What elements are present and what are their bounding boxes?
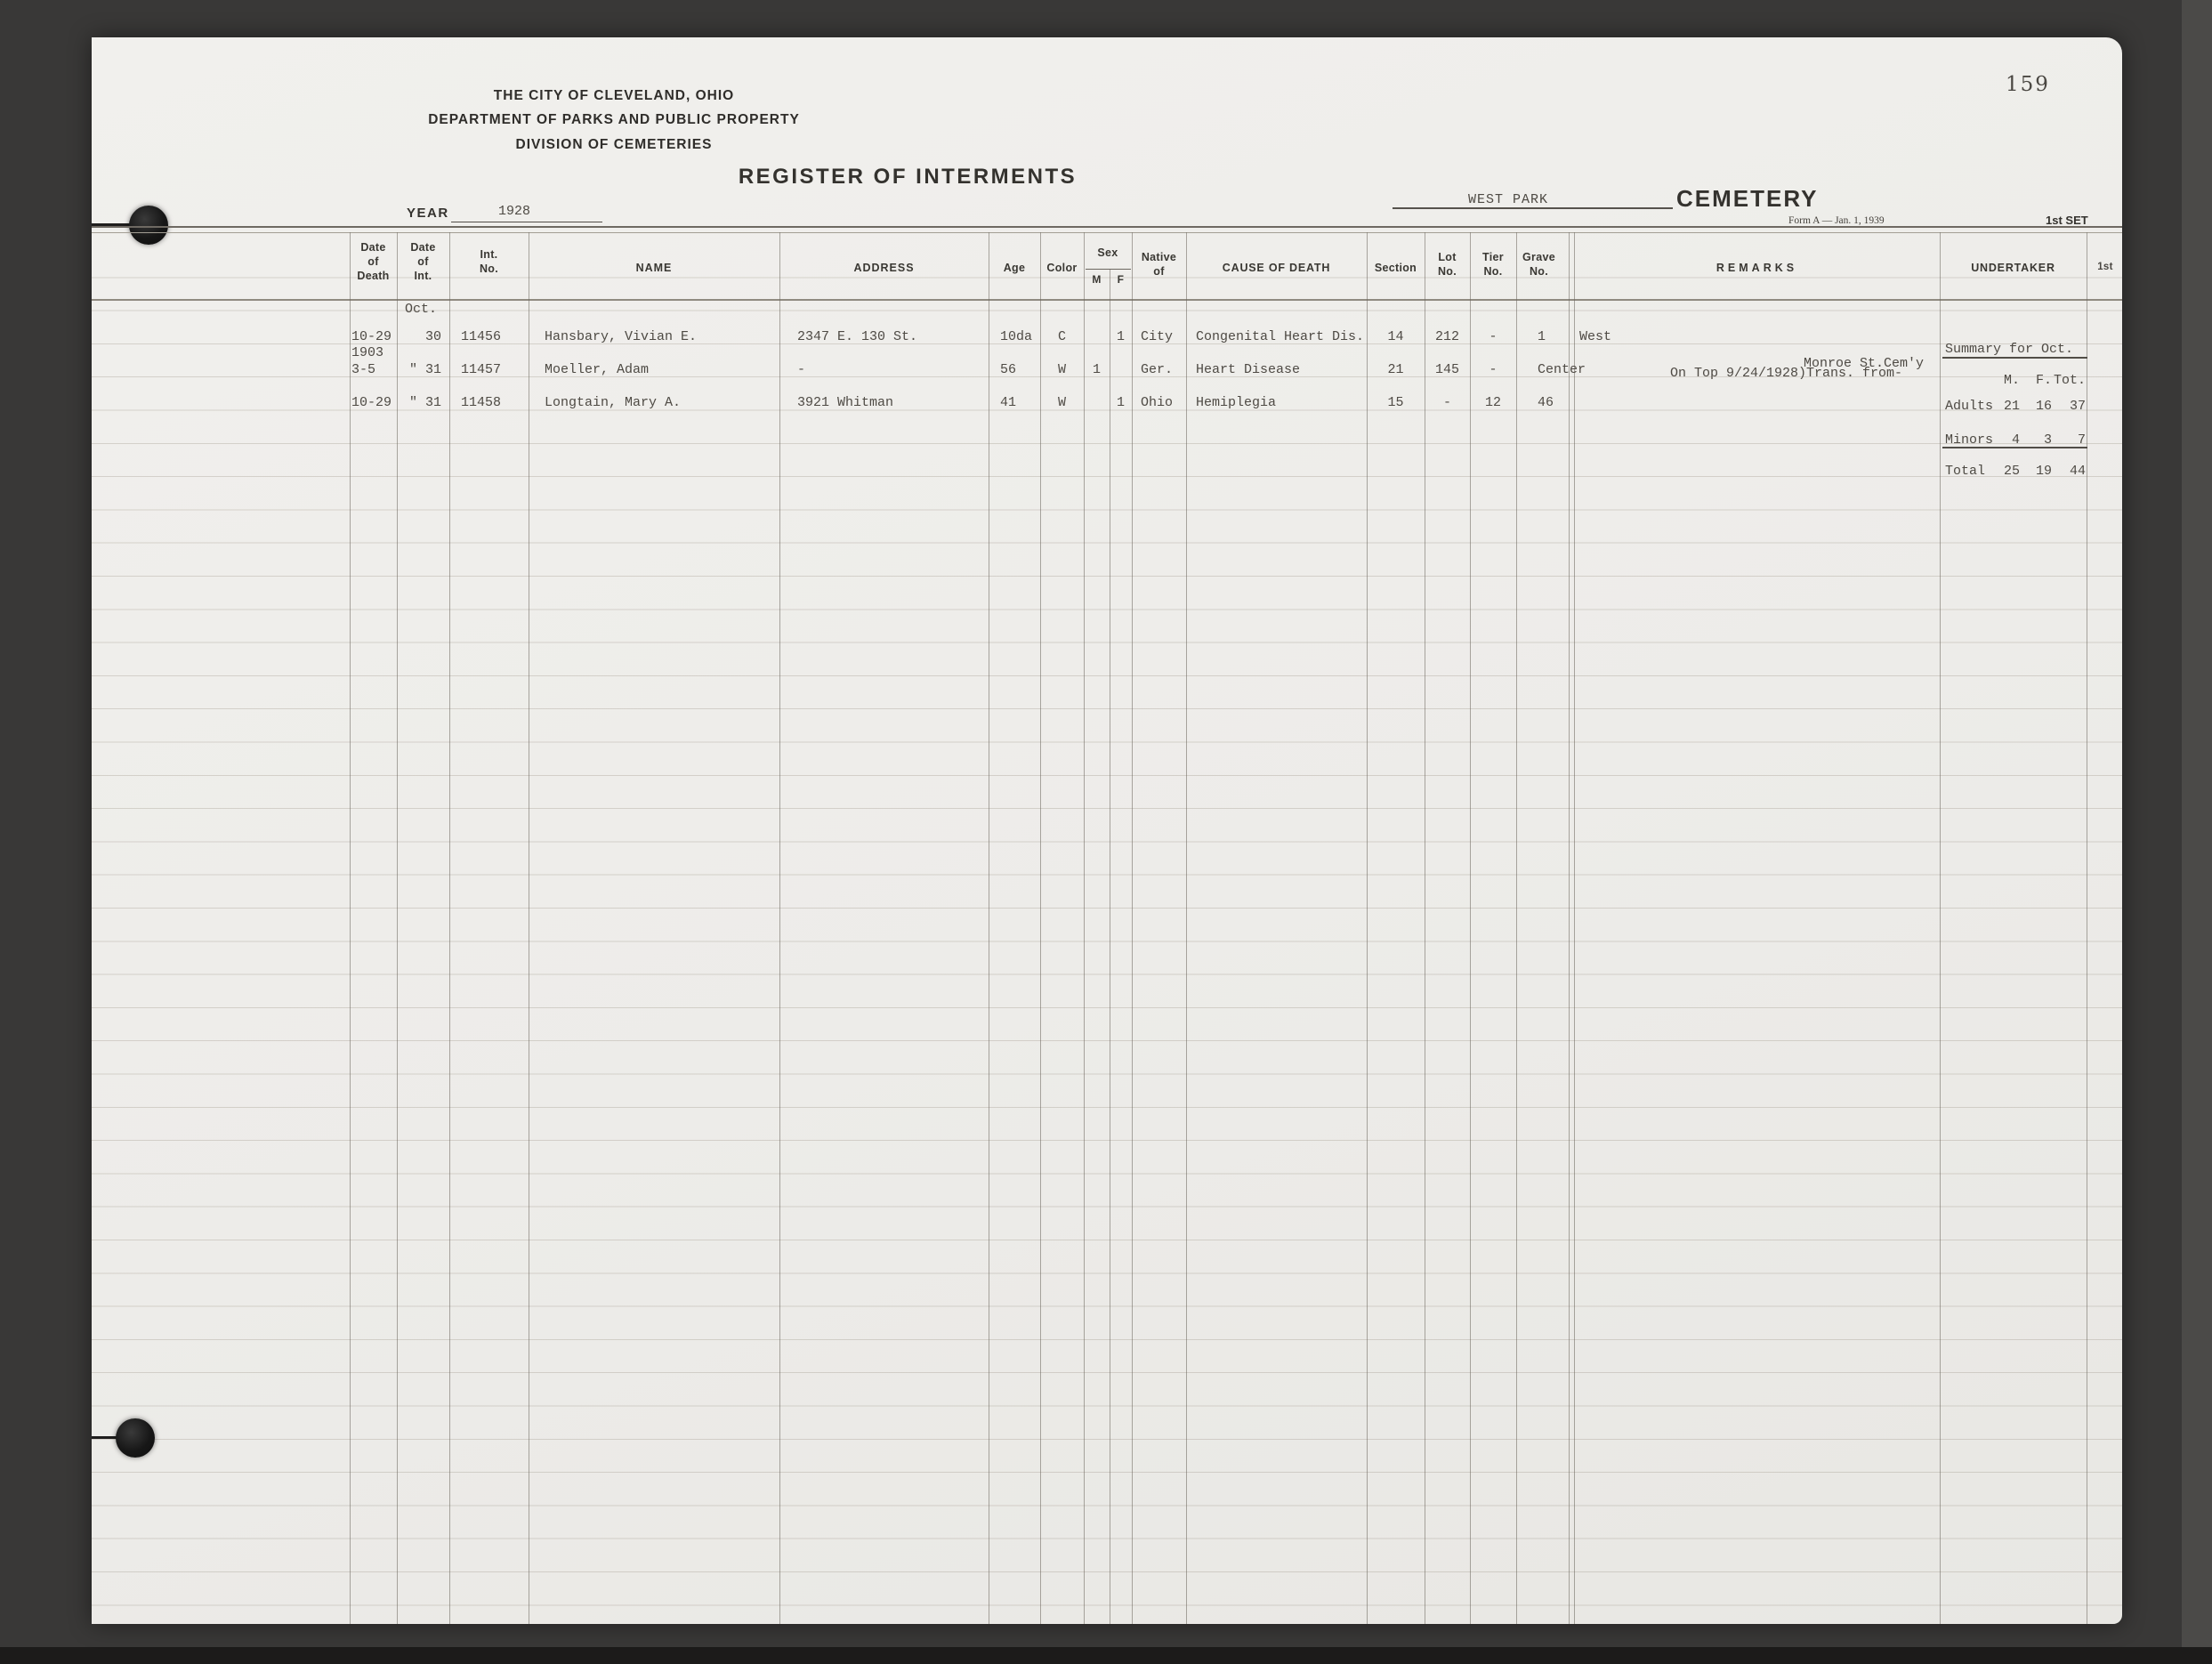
- col-address: ADDRESS: [779, 261, 989, 275]
- cell-age: 56: [1000, 362, 1016, 377]
- cell-sex-m: 1: [1084, 362, 1110, 377]
- col-date-of-death: Date of Death: [350, 240, 397, 283]
- scan-background-bottom: [0, 1647, 2212, 1664]
- summary-total-m: 25: [1991, 464, 2020, 479]
- cell-lot: 212: [1425, 329, 1470, 344]
- cell-cause: Hemiplegia: [1196, 395, 1276, 410]
- summary-total-label: Total: [1945, 464, 1985, 479]
- cell-lot: 145: [1425, 362, 1470, 377]
- col-lot-no: Lot No.: [1425, 250, 1470, 279]
- org-line-3: DIVISION OF CEMETERIES: [351, 137, 876, 153]
- cell-int-date: 30: [397, 329, 441, 344]
- cell-death-year: 1903: [351, 345, 383, 360]
- cell-native-of: Ger.: [1141, 362, 1173, 377]
- summary-adults-tot: 37: [2047, 399, 2086, 414]
- col-sex: Sex: [1084, 246, 1132, 260]
- col-cause-of-death: CAUSE OF DEATH: [1186, 261, 1367, 275]
- summary-title: Summary for Oct.: [1945, 342, 2073, 357]
- col-undertaker: UNDERTAKER: [1940, 261, 2087, 275]
- grid-vline-mf: [1110, 270, 1110, 1624]
- year-value: 1928: [498, 204, 530, 219]
- month-label: Oct.: [405, 302, 437, 317]
- cell-tier: -: [1470, 362, 1516, 377]
- col-date-of-int: Date of Int.: [397, 240, 449, 283]
- cell-native-of: City: [1141, 329, 1173, 344]
- cell-death-date: 10-29: [351, 395, 392, 410]
- col-int-no: Int. No.: [449, 247, 529, 276]
- cell-age: 41: [1000, 395, 1016, 410]
- cell-int-no: 11457: [461, 362, 501, 377]
- cell-remarks-line2: On Top 9/24/1928)Trans. from-: [1670, 366, 1902, 381]
- grid-vline: [1186, 232, 1187, 1624]
- cell-int-date: " 31: [397, 395, 441, 410]
- cell-color: W: [1040, 395, 1084, 410]
- cell-tier: 12: [1470, 395, 1516, 410]
- col-name: NAME: [529, 261, 779, 275]
- page-title: REGISTER OF INTERMENTS: [685, 165, 1130, 190]
- grid-vline: [449, 232, 450, 1624]
- summary-head-m: M.: [1991, 373, 2020, 388]
- grid-vline: [779, 232, 780, 1624]
- sex-subheader-rule: [1086, 269, 1131, 270]
- book-binding-edge: [2182, 0, 2212, 1664]
- cell-address: -: [797, 362, 805, 377]
- grid-vline: [1470, 232, 1471, 1624]
- col-color: Color: [1040, 261, 1084, 275]
- grid-vline-double: [1569, 232, 1570, 1624]
- year-underline: [451, 222, 602, 222]
- cell-cause: Congenital Heart Dis.: [1196, 329, 1364, 344]
- cell-color: W: [1040, 362, 1084, 377]
- grid-vline: [1940, 232, 1941, 1624]
- grid-vline: [529, 232, 529, 1624]
- top-rule-heavy: [92, 226, 2122, 228]
- cell-section: 21: [1367, 362, 1425, 377]
- grid-vline: [1040, 232, 1041, 1624]
- form-note: Form A — Jan. 1, 1939: [1788, 215, 1885, 226]
- cell-sex-f: 1: [1110, 329, 1132, 344]
- grid-vline: [397, 232, 398, 1624]
- grid-vline: [2087, 232, 2087, 1624]
- summary-minors-tot: 7: [2047, 432, 2086, 448]
- cell-sex-f: 1: [1110, 395, 1132, 410]
- page-number: 159: [2006, 73, 2050, 96]
- cemetery-label: CEMETERY: [1676, 185, 1819, 213]
- cell-grave-position: West: [1579, 329, 1611, 344]
- cell-lot: -: [1425, 395, 1470, 410]
- col-age: Age: [989, 261, 1040, 275]
- cell-color: C: [1040, 329, 1084, 344]
- cell-native-of: Ohio: [1141, 395, 1173, 410]
- cell-death-date: 10-29: [351, 329, 392, 344]
- org-line-2: DEPARTMENT OF PARKS AND PUBLIC PROPERTY: [351, 112, 876, 128]
- year-label: YEAR: [407, 206, 449, 221]
- cell-name: Moeller, Adam: [545, 362, 649, 377]
- cell-int-no: 11458: [461, 395, 501, 410]
- grid-vline: [989, 232, 989, 1624]
- cell-grave: 46: [1538, 395, 1554, 410]
- grid-vline-double: [1574, 232, 1575, 1624]
- col-grave-no: Grave No.: [1516, 250, 1562, 279]
- summary-head-tot: Tot.: [2047, 373, 2086, 388]
- col-set: 1st: [2087, 261, 2124, 274]
- cell-address: 3921 Whitman: [797, 395, 893, 410]
- cell-name: Hansbary, Vivian E.: [545, 329, 697, 344]
- cell-death-date: 3-5: [351, 362, 375, 377]
- cell-int-no: 11456: [461, 329, 501, 344]
- set-label: 1st SET: [2046, 214, 2088, 227]
- cell-section: 15: [1367, 395, 1425, 410]
- scanned-register-page: THE CITY OF CLEVELAND, OHIO DEPARTMENT O…: [0, 0, 2212, 1664]
- cell-address: 2347 E. 130 St.: [797, 329, 917, 344]
- cell-int-date: " 31: [397, 362, 441, 377]
- col-section: Section: [1367, 261, 1425, 275]
- col-sex-f: F: [1110, 273, 1132, 287]
- grid-vline: [350, 232, 351, 1624]
- cell-grave: 1: [1538, 329, 1546, 344]
- cell-section: 14: [1367, 329, 1425, 344]
- grid-vline: [1084, 232, 1085, 1624]
- summary-adults-label: Adults: [1945, 399, 1993, 414]
- col-tier-no: Tier No.: [1470, 250, 1516, 279]
- col-native-of: Native of: [1132, 250, 1186, 279]
- cell-tier: -: [1470, 329, 1516, 344]
- org-line-1: THE CITY OF CLEVELAND, OHIO: [351, 88, 876, 104]
- cell-cause: Heart Disease: [1196, 362, 1300, 377]
- cemetery-name-underline: [1393, 207, 1673, 209]
- summary-total-tot: 44: [2047, 464, 2086, 479]
- grid-vline: [1132, 232, 1133, 1624]
- cell-grave: Center: [1538, 362, 1586, 377]
- col-remarks: REMARKS: [1574, 261, 1940, 275]
- binder-hole: [116, 1418, 155, 1458]
- col-sex-m: M: [1084, 273, 1110, 287]
- summary-minors-m: 4: [1991, 432, 2020, 448]
- cemetery-name-value: WEST PARK: [1468, 192, 1548, 207]
- summary-minors-label: Minors: [1945, 432, 1993, 448]
- binder-hole: [129, 206, 168, 245]
- summary-minors-underline: [1942, 447, 2087, 448]
- grid-vline: [1425, 232, 1425, 1624]
- summary-title-underline: [1942, 357, 2087, 359]
- cell-age: 10da: [1000, 329, 1032, 344]
- grid-vline: [1516, 232, 1517, 1624]
- grid-vline: [1367, 232, 1368, 1624]
- cell-name: Longtain, Mary A.: [545, 395, 681, 410]
- summary-adults-m: 21: [1991, 399, 2020, 414]
